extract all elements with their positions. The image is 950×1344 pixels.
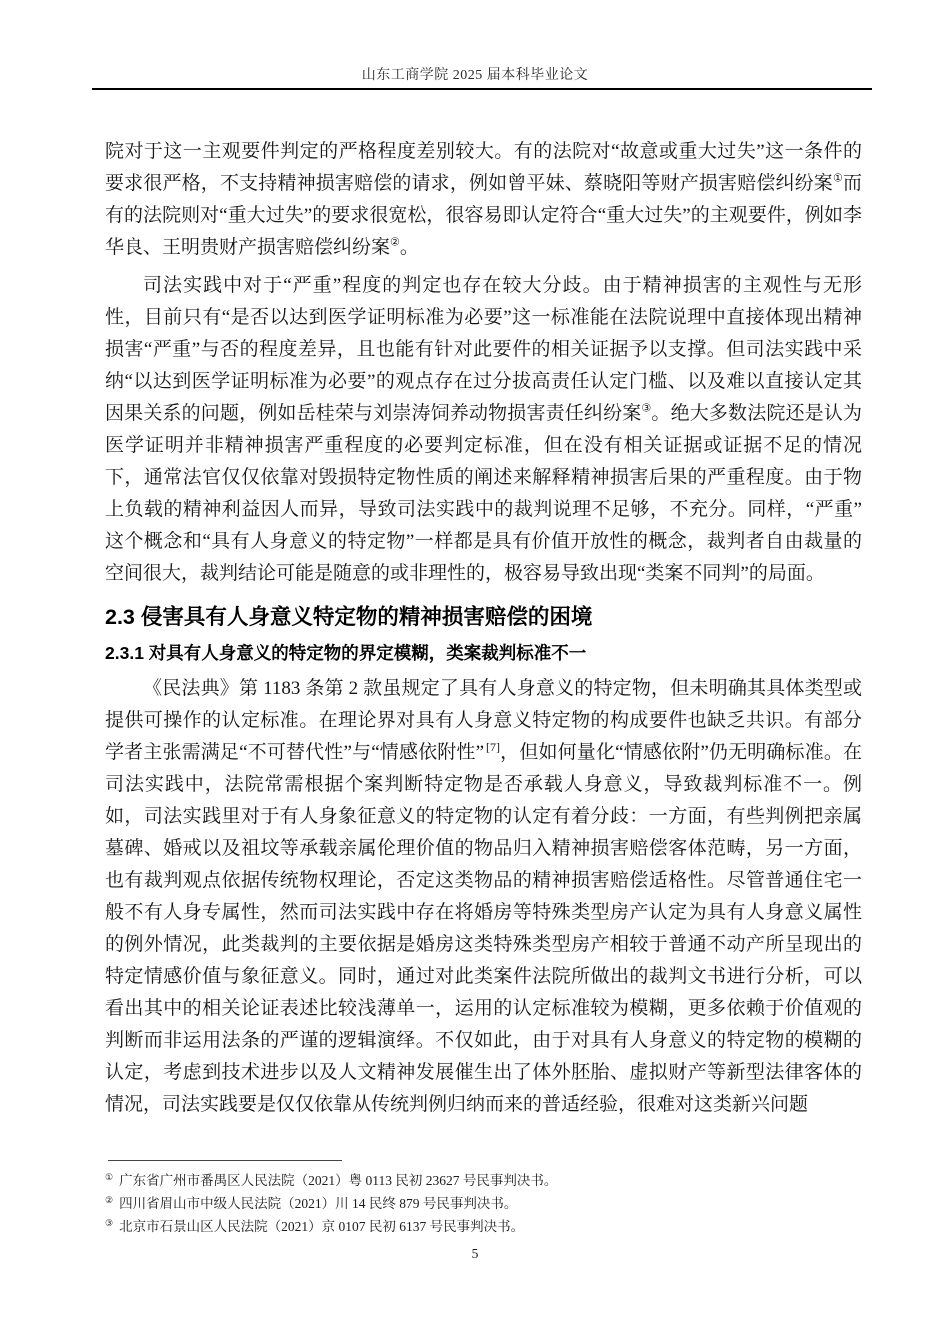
main-content: 院对于这一主观要件判定的严格程度差别较大。有的法院对“故意或重大过失”这一条件的… [105, 136, 862, 1121]
running-header-title: 山东工商学院 2025 届本科毕业论文 [0, 64, 950, 84]
paragraph-1-text-c: 。 [400, 237, 419, 258]
body-paragraph-1: 院对于这一主观要件判定的严格程度差别较大。有的法院对“故意或重大过失”这一条件的… [105, 136, 862, 264]
paragraph-2-text-b: 。绝大多数法院还是认为医学证明并非精神损害严重程度的必要判定标准，但在没有相关证… [105, 403, 862, 584]
paragraph-3-text-b: ，但如何量化“情感依附”仍无明确标准。在司法实践中，法院常需根据个案判断特定物是… [105, 742, 862, 1115]
paragraph-1-text-a: 院对于这一主观要件判定的严格程度差别较大。有的法院对“故意或重大过失”这一条件的… [105, 141, 862, 194]
footnote-1-text: 广东省广州市番禺区人民法院（2021）粤 0113 民初 23627 号民事判决… [119, 1173, 557, 1188]
footnote-ref-3: ③ [641, 403, 651, 415]
footnote-3: ③北京市石景山区人民法院（2021）京 0107 民初 6137 号民事判决书。 [105, 1215, 862, 1238]
section-heading-2-3: 2.3 侵害具有人身意义特定物的精神损害赔偿的困境 [105, 603, 862, 631]
footnote-2: ②四川省眉山市中级人民法院（2021）川 14 民终 879 号民事判决书。 [105, 1192, 862, 1215]
subsection-heading-2-3-1: 2.3.1 对具有人身意义的特定物的界定模糊，类案裁判标准不一 [105, 641, 862, 665]
thesis-page: 山东工商学院 2025 届本科毕业论文 院对于这一主观要件判定的严格程度差别较大… [0, 0, 950, 1344]
footnote-ref-1: ① [833, 173, 843, 185]
footnote-separator [108, 1160, 342, 1161]
body-paragraph-2: 司法实践中对于“严重”程度的判定也存在较大分歧。由于精神损害的主观性与无形性，目… [105, 270, 862, 590]
footnotes-section: ①广东省广州市番禺区人民法院（2021）粤 0113 民初 23627 号民事判… [105, 1160, 862, 1238]
footnote-ref-2: ② [390, 237, 400, 249]
footnote-1: ①广东省广州市番禺区人民法院（2021）粤 0113 民初 23627 号民事判… [105, 1169, 862, 1192]
paragraph-2-text-a: 司法实践中对于“严重”程度的判定也存在较大分歧。由于精神损害的主观性与无形性，目… [105, 275, 862, 424]
footnote-2-text: 四川省眉山市中级人民法院（2021）川 14 民终 879 号民事判决书。 [119, 1196, 517, 1211]
footnote-2-marker: ② [105, 1195, 113, 1205]
citation-ref-7: [7] [486, 740, 500, 754]
header-rule [92, 88, 872, 90]
footnote-3-text: 北京市石景山区人民法院（2021）京 0107 民初 6137 号民事判决书。 [119, 1219, 524, 1234]
page-number: 5 [0, 1246, 950, 1262]
body-paragraph-3: 《民法典》第 1183 条第 2 款虽规定了具有人身意义的特定物，但未明确其具体… [105, 673, 862, 1121]
footnote-3-marker: ③ [105, 1218, 113, 1228]
footnote-1-marker: ① [105, 1172, 113, 1182]
